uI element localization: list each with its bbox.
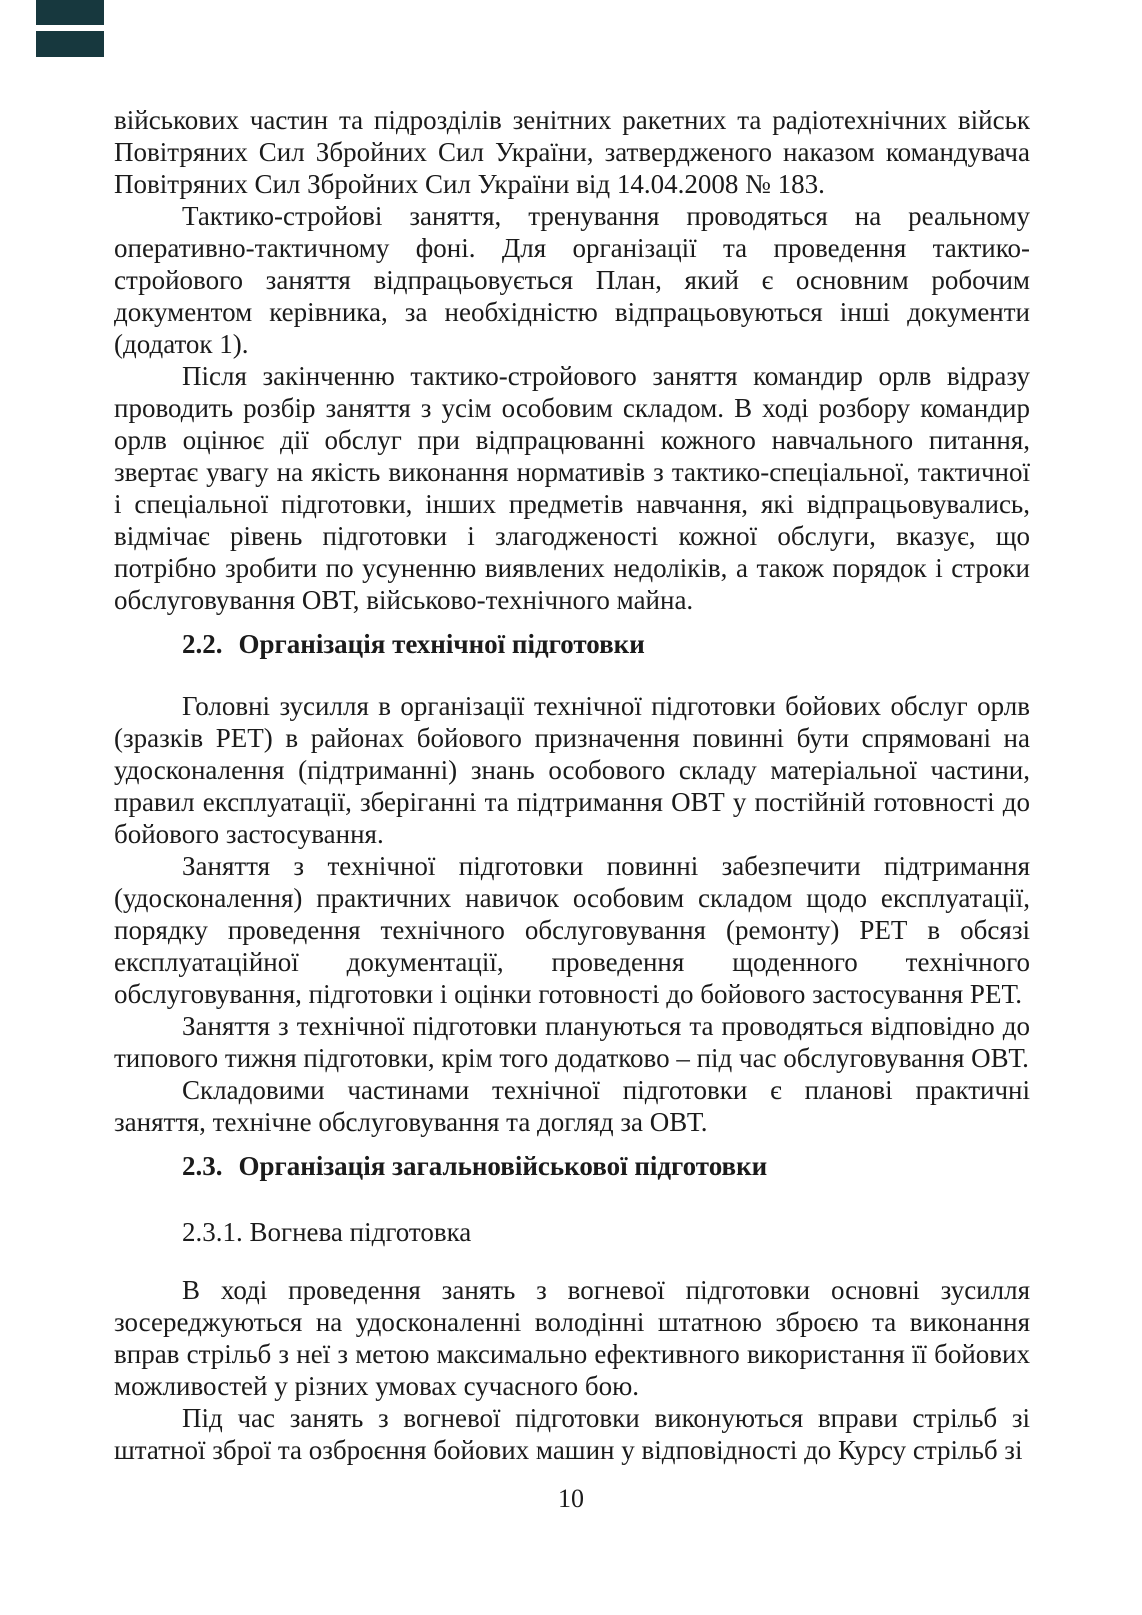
paragraph-tech-training-components: Складовими частинами технічної підготовк… (114, 1074, 1030, 1138)
section-title: Організація загальновійськової підготовк… (239, 1151, 768, 1181)
paragraph-continued: військових частин та підрозділів зенітни… (114, 104, 1030, 200)
paragraph-tactical-drill: Тактико-стройові заняття, тренування про… (114, 200, 1030, 360)
subsection-heading-2-3-1: 2.3.1. Вогнева підготовка (114, 1216, 1030, 1248)
paragraph-fire-training-focus: В ході проведення занять з вогневої підг… (114, 1274, 1030, 1402)
document-page: військових частин та підрозділів зенітни… (0, 0, 1142, 1615)
paragraph-fire-training-exercises: Під час занять з вогневої підготовки вик… (114, 1402, 1030, 1466)
footer: 10 (0, 1484, 1142, 1514)
section-number: 2.3. (182, 1151, 223, 1181)
paragraph-tech-training-classes: Заняття з технічної підготовки повинні з… (114, 850, 1030, 1010)
section-number: 2.2. (182, 629, 223, 659)
scan-artifact-top-left-2 (36, 31, 104, 57)
page-number: 10 (558, 1484, 584, 1513)
paragraph-tech-training-schedule: Заняття з технічної підготовки плануютьс… (114, 1010, 1030, 1074)
text-block: військових частин та підрозділів зенітни… (114, 104, 1030, 1466)
paragraph-tech-training-goals: Головні зусилля в організації технічної … (114, 690, 1030, 850)
section-heading-2-3: 2.3.Організація загальновійськової підго… (114, 1150, 1030, 1182)
section-title: Організація технічної підготовки (239, 629, 645, 659)
paragraph-after-drill-review: Після закінченню тактико-стройового заня… (114, 360, 1030, 616)
section-heading-2-2: 2.2.Організація технічної підготовки (114, 628, 1030, 660)
scan-artifact-top-left-1 (36, 0, 104, 25)
